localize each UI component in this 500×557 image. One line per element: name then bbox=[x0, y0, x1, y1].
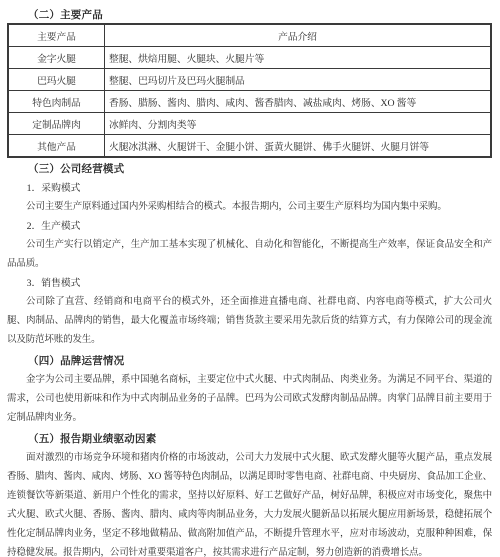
paragraph-production-model: 公司生产实行以销定产，生产加工基本实现了机械化、自动化和智能化，不断提高生产效率… bbox=[7, 236, 492, 274]
section-heading-business-model: （三）公司经营模式 bbox=[7, 160, 492, 179]
paragraph-brand-operation: 金字为公司主要品牌，系中国驰名商标，主要定位中式火腿、中式肉制品、肉类业务。为满… bbox=[7, 371, 492, 428]
paragraph-performance-drivers: 面对激烈的市场竞争环境和猪肉价格的市场波动，公司大力发展中式火腿、欧式发酵火腿等… bbox=[7, 449, 492, 557]
main-products-table: 主要产品 产品介绍 金字火腿 整腿、烘焙用腿、火腿块、火腿片等 巴玛火腿 整腿、… bbox=[7, 23, 492, 158]
product-name-cell: 金字火腿 bbox=[8, 47, 105, 69]
paragraph-procurement-model: 公司主要生产原料通过国内外采购相结合的模式。本报告期内，公司主要生产原料均为国内… bbox=[7, 198, 492, 217]
table-row: 特色肉制品 香肠、腊肠、酱肉、腊肉、咸肉、酱香腊肉、减盐咸肉、烤肠、XO 酱等 bbox=[8, 91, 491, 113]
section-heading-performance-drivers: （五）报告期业绩驱动因素 bbox=[7, 430, 492, 449]
table-row: 巴玛火腿 整腿、巴玛切片及巴玛火腿制品 bbox=[8, 69, 491, 91]
product-intro-cell: 整腿、烘焙用腿、火腿块、火腿片等 bbox=[105, 47, 492, 69]
subheading-sales-model: 3．销售模式 bbox=[7, 274, 492, 293]
product-intro-cell: 火腿冰淇淋、火腿饼干、金腿小饼、蛋黄火腿饼、佛手火腿饼、火腿月饼等 bbox=[105, 135, 492, 158]
section-heading-main-products: （二）主要产品 bbox=[7, 8, 492, 23]
report-page: （二）主要产品 主要产品 产品介绍 金字火腿 整腿、烘焙用腿、火腿块、火腿片等 … bbox=[0, 0, 500, 557]
product-name-cell: 巴玛火腿 bbox=[8, 69, 105, 91]
table-header-product: 主要产品 bbox=[8, 24, 105, 47]
section-heading-brand-operation: （四）品牌运营情况 bbox=[7, 352, 492, 371]
table-header-row: 主要产品 产品介绍 bbox=[8, 24, 491, 47]
table-row: 定制品牌肉 冰鲜肉、分割肉类等 bbox=[8, 113, 491, 135]
product-name-cell: 特色肉制品 bbox=[8, 91, 105, 113]
subheading-procurement-model: 1．采购模式 bbox=[7, 179, 492, 198]
product-intro-cell: 香肠、腊肠、酱肉、腊肉、咸肉、酱香腊肉、减盐咸肉、烤肠、XO 酱等 bbox=[105, 91, 492, 113]
product-intro-cell: 冰鲜肉、分割肉类等 bbox=[105, 113, 492, 135]
table-row: 其他产品 火腿冰淇淋、火腿饼干、金腿小饼、蛋黄火腿饼、佛手火腿饼、火腿月饼等 bbox=[8, 135, 491, 158]
product-name-cell: 其他产品 bbox=[8, 135, 105, 158]
subheading-production-model: 2．生产模式 bbox=[7, 217, 492, 236]
paragraph-sales-model: 公司除了直营、经销商和电商平台的模式外，还全面推进直播电商、社群电商、内容电商等… bbox=[7, 293, 492, 350]
table-row: 金字火腿 整腿、烘焙用腿、火腿块、火腿片等 bbox=[8, 47, 491, 69]
table-header-intro: 产品介绍 bbox=[105, 24, 492, 47]
product-intro-cell: 整腿、巴玛切片及巴玛火腿制品 bbox=[105, 69, 492, 91]
product-name-cell: 定制品牌肉 bbox=[8, 113, 105, 135]
